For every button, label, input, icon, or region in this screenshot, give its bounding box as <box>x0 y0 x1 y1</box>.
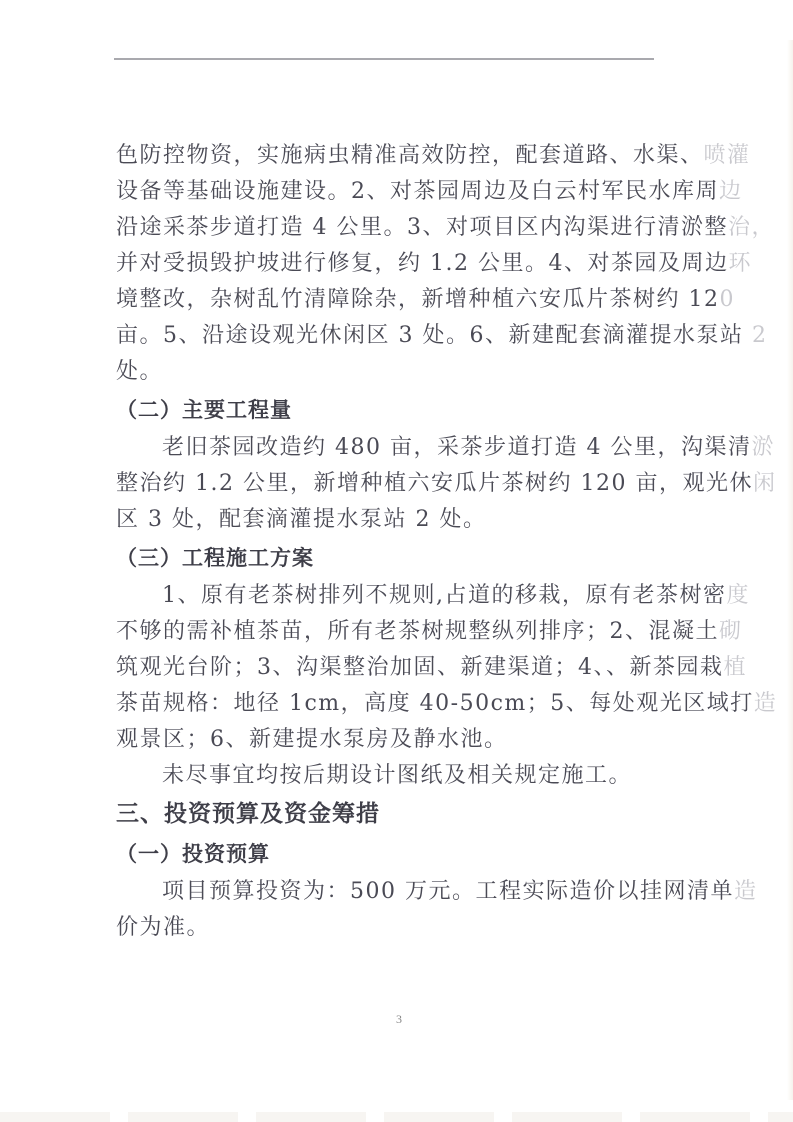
section-heading-construction-plan: （三）工程施工方案 <box>116 538 756 578</box>
paragraph-line: 观景区；6、新建提水泵房及静水池。 <box>116 722 756 758</box>
paragraph-line: 项目预算投资为：500 万元。工程实际造价以挂网清单造 <box>116 874 756 910</box>
scan-edge-bottom <box>0 1112 793 1122</box>
paragraph-line: 处。 <box>116 354 756 390</box>
paragraph-line: 亩。5、沿途设观光休闲区 3 处。6、新建配套滴灌提水泵站 2 <box>116 318 756 354</box>
paragraph-line: 1、原有老茶树排列不规则,占道的移栽，原有老茶树密度 <box>116 578 756 614</box>
paragraph-line: 老旧茶园改造约 480 亩，采茶步道打造 4 公里，沟渠清淤 <box>116 430 756 466</box>
paragraph-line: 并对受损毁护坡进行修复，约 1.2 公里。4、对茶园及周边环 <box>116 246 756 282</box>
scan-edge-right <box>787 40 793 1100</box>
paragraph-line: 价为准。 <box>116 910 756 946</box>
document-body: 色防控物资，实施病虫精准高效防控，配套道路、水渠、喷灌 设备等基础设施建设。2、… <box>116 138 756 946</box>
paragraph-line: 未尽事宜均按后期设计图纸及相关规定施工。 <box>116 758 756 794</box>
header-rule <box>114 58 654 60</box>
paragraph-line: 整治约 1.2 公里，新增种植六安瓜片茶树约 120 亩，观光休闲 <box>116 466 756 502</box>
paragraph-line: 沿途采茶步道打造 4 公里。3、对项目区内沟渠进行清淤整治， <box>116 210 756 246</box>
paragraph-line: 筑观光台阶；3、沟渠整治加固、新建渠道；4、、新茶园栽植 <box>116 650 756 686</box>
paragraph-line: 区 3 处，配套滴灌提水泵站 2 处。 <box>116 502 756 538</box>
page-number: 3 <box>396 1012 402 1027</box>
paragraph-line: 境整改，杂树乱竹清障除杂，新增种植六安瓜片茶树约 120 <box>116 282 756 318</box>
chapter-heading-investment: 三、投资预算及资金筹措 <box>116 794 756 834</box>
paragraph-line: 色防控物资，实施病虫精准高效防控，配套道路、水渠、喷灌 <box>116 138 756 174</box>
document-page: 色防控物资，实施病虫精准高效防控，配套道路、水渠、喷灌 设备等基础设施建设。2、… <box>0 0 793 1122</box>
paragraph-line: 设备等基础设施建设。2、对茶园周边及白云村军民水库周边 <box>116 174 756 210</box>
paragraph-line: 不够的需补植茶苗，所有老茶树规整纵列排序；2、混凝土砌 <box>116 614 756 650</box>
paragraph-line: 茶苗规格：地径 1cm，高度 40-50cm；5、每处观光区域打造 <box>116 686 756 722</box>
section-heading-investment-budget: （一）投资预算 <box>116 834 756 874</box>
section-heading-main-quantities: （二）主要工程量 <box>116 390 756 430</box>
